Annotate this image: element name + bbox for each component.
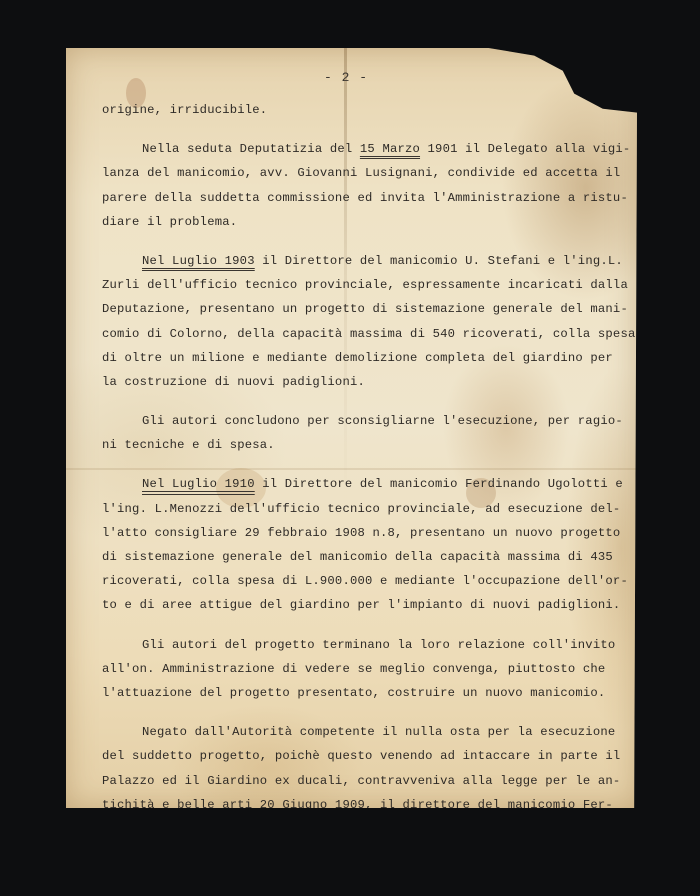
paragraph: Nella seduta Deputatizia del 15 Marzo 19… [102, 137, 602, 234]
text-line: Gli autori del progetto terminano la lor… [102, 633, 602, 657]
underlined-text: Nel Luglio 1910 [142, 477, 255, 491]
text-line: Negato dall'Autorità competente il nulla… [102, 720, 602, 744]
paragraph-gap [102, 394, 602, 409]
text-line: la costruzione di nuovi padiglioni. [102, 370, 602, 394]
text-line: Gli autori concludono per sconsigliarne … [102, 409, 602, 433]
paragraph: Gli autori concludono per sconsigliarne … [102, 409, 602, 457]
text-line: Nel Luglio 1903 il Direttore del manicom… [102, 249, 602, 273]
text-line: l'ing. L.Menozzi dell'ufficio tecnico pr… [102, 497, 602, 521]
paragraph-gap [102, 457, 602, 472]
text-line: Palazzo ed il Giardino ex ducali, contra… [102, 769, 602, 793]
text-line: ni tecniche e di spesa. [102, 433, 602, 457]
text-line: comio di Colorno, della capacità massima… [102, 322, 602, 346]
text-line: tichità e belle arti 20 Giugno 1909, il … [102, 793, 602, 817]
text-line: di sistemazione generale del manicomio d… [102, 545, 602, 569]
text-line: di oltre un milione e mediante demolizio… [102, 346, 602, 370]
text-line: to e di aree attigue del giardino per l'… [102, 593, 602, 617]
paragraph: Nel Luglio 1903 il Direttore del manicom… [102, 249, 602, 394]
paragraph: Nel Luglio 1910 il Direttore del manicom… [102, 472, 602, 617]
paragraph: Negato dall'Autorità competente il nulla… [102, 720, 602, 841]
paragraph-gap [102, 234, 602, 249]
text-line: l'attuazione del progetto presentato, co… [102, 681, 602, 705]
text-line: Deputazione, presentano un progetto di s… [102, 297, 602, 321]
paragraph-gap [102, 122, 602, 137]
paragraph-gap [102, 705, 602, 720]
paragraph-gap [102, 618, 602, 633]
text-line: dinando Ugolotti e l'ing. S. Chierici de… [102, 817, 602, 841]
text-line: origine, irriducibile. [102, 98, 602, 122]
paragraph: Gli autori del progetto terminano la lor… [102, 633, 602, 706]
text-line: lanza del manicomio, avv. Giovanni Lusig… [102, 161, 602, 185]
text-line: parere della suddetta commissione ed inv… [102, 186, 602, 210]
text-line: l'atto consigliare 29 febbraio 1908 n.8,… [102, 521, 602, 545]
text-line: Nella seduta Deputatizia del 15 Marzo 19… [102, 137, 602, 161]
text-line: del suddetto progetto, poichè questo ven… [102, 744, 602, 768]
underlined-text: Nel Luglio 1903 [142, 254, 255, 268]
underlined-text: 15 Marzo [360, 142, 420, 156]
document-page: - 2 - origine, irriducibile.Nella seduta… [66, 48, 637, 808]
text-line: all'on. Amministrazione di vedere se meg… [102, 657, 602, 681]
text-line: diare il problema. [102, 210, 602, 234]
text-line: Nel Luglio 1910 il Direttore del manicom… [102, 472, 602, 496]
page-number: - 2 - [306, 70, 386, 85]
text-line: Zurli dell'ufficio tecnico provinciale, … [102, 273, 602, 297]
text-line: ricoverati, colla spesa di L.900.000 e m… [102, 569, 602, 593]
document-body: origine, irriducibile.Nella seduta Deput… [102, 98, 602, 841]
paragraph: origine, irriducibile. [102, 98, 602, 122]
